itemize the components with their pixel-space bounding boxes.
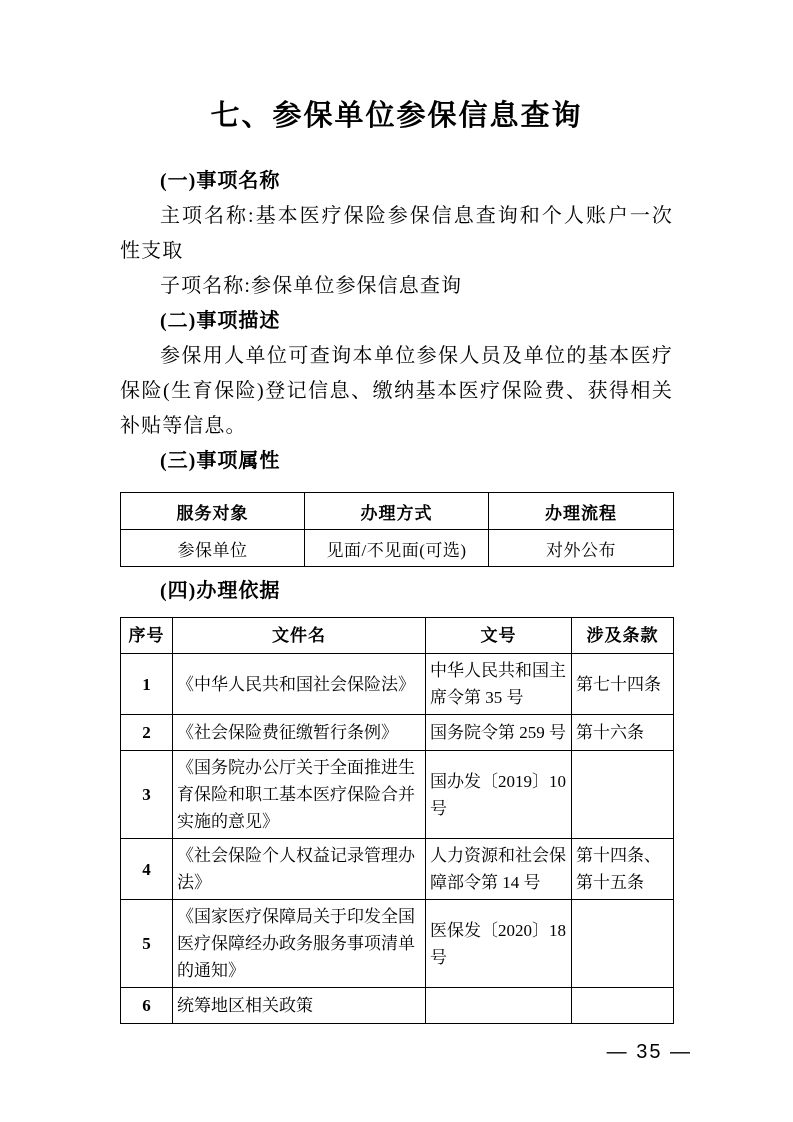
basis-cell-no: 6 bbox=[121, 988, 173, 1024]
attr-cell-handling-process: 对外公布 bbox=[489, 530, 674, 567]
basis-cell-doc-number: 国务院令第 259 号 bbox=[426, 715, 572, 751]
basis-cell-doc-name: 《国家医疗保障局关于印发全国医疗保障经办政务服务事项清单的通知》 bbox=[173, 900, 426, 988]
document-page: 七、参保单位参保信息查询 (一)事项名称 主项名称:基本医疗保险参保信息查询和个… bbox=[0, 0, 793, 1122]
table-header-row: 服务对象 办理方式 办理流程 bbox=[121, 493, 674, 530]
page-number: — 35 — bbox=[607, 1041, 692, 1064]
legal-basis-table: 序号 文件名 文号 涉及条款 1 《中华人民共和国社会保险法》 中华人民共和国主… bbox=[120, 617, 674, 1024]
basis-header-doc-number: 文号 bbox=[426, 618, 572, 654]
basis-cell-doc-number: 中华人民共和国主席令第 35 号 bbox=[426, 654, 572, 715]
basis-cell-doc-name: 统筹地区相关政策 bbox=[173, 988, 426, 1024]
basis-cell-no: 4 bbox=[121, 839, 173, 900]
basis-cell-clauses bbox=[572, 988, 674, 1024]
table-row: 4 《社会保险个人权益记录管理办法》 人力资源和社会保障部令第 14 号 第十四… bbox=[121, 839, 674, 900]
section-heading-item-attributes: (三)事项属性 bbox=[120, 444, 673, 479]
basis-cell-doc-number: 医保发〔2020〕18 号 bbox=[426, 900, 572, 988]
basis-cell-no: 3 bbox=[121, 751, 173, 839]
table-header-row: 序号 文件名 文号 涉及条款 bbox=[121, 618, 674, 654]
section-heading-item-description: (二)事项描述 bbox=[120, 304, 673, 339]
basis-cell-doc-number: 人力资源和社会保障部令第 14 号 bbox=[426, 839, 572, 900]
page-content: 七、参保单位参保信息查询 (一)事项名称 主项名称:基本医疗保险参保信息查询和个… bbox=[120, 97, 673, 1024]
basis-header-clauses: 涉及条款 bbox=[572, 618, 674, 654]
page-title: 七、参保单位参保信息查询 bbox=[120, 97, 673, 135]
section-heading-item-name: (一)事项名称 bbox=[120, 164, 673, 199]
basis-cell-no: 1 bbox=[121, 654, 173, 715]
basis-cell-doc-number bbox=[426, 988, 572, 1024]
basis-cell-doc-name: 《社会保险费征缴暂行条例》 bbox=[173, 715, 426, 751]
table-row: 2 《社会保险费征缴暂行条例》 国务院令第 259 号 第十六条 bbox=[121, 715, 674, 751]
basis-cell-clauses: 第十四条、第十五条 bbox=[572, 839, 674, 900]
table-row: 3 《国务院办公厅关于全面推进生育保险和职工基本医疗保险合并实施的意见》 国办发… bbox=[121, 751, 674, 839]
main-item-name-text: 主项名称:基本医疗保险参保信息查询和个人账户一次性支取 bbox=[120, 199, 673, 269]
attr-cell-handling-method: 见面/不见面(可选) bbox=[305, 530, 489, 567]
basis-cell-clauses: 第十六条 bbox=[572, 715, 674, 751]
basis-cell-no: 2 bbox=[121, 715, 173, 751]
attr-header-handling-process: 办理流程 bbox=[489, 493, 674, 530]
attribute-table: 服务对象 办理方式 办理流程 参保单位 见面/不见面(可选) 对外公布 bbox=[120, 492, 674, 567]
sub-item-name-text: 子项名称:参保单位参保信息查询 bbox=[120, 269, 673, 304]
basis-cell-clauses bbox=[572, 900, 674, 988]
basis-cell-doc-name: 《中华人民共和国社会保险法》 bbox=[173, 654, 426, 715]
table-row: 参保单位 见面/不见面(可选) 对外公布 bbox=[121, 530, 674, 567]
attr-cell-service-target: 参保单位 bbox=[121, 530, 305, 567]
basis-cell-doc-name: 《社会保险个人权益记录管理办法》 bbox=[173, 839, 426, 900]
section-heading-legal-basis: (四)办理依据 bbox=[120, 574, 673, 609]
basis-cell-doc-number: 国办发〔2019〕10 号 bbox=[426, 751, 572, 839]
basis-cell-clauses bbox=[572, 751, 674, 839]
basis-header-no: 序号 bbox=[121, 618, 173, 654]
table-row: 6 统筹地区相关政策 bbox=[121, 988, 674, 1024]
basis-cell-clauses: 第七十四条 bbox=[572, 654, 674, 715]
attr-header-service-target: 服务对象 bbox=[121, 493, 305, 530]
table-row: 1 《中华人民共和国社会保险法》 中华人民共和国主席令第 35 号 第七十四条 bbox=[121, 654, 674, 715]
basis-cell-doc-name: 《国务院办公厅关于全面推进生育保险和职工基本医疗保险合并实施的意见》 bbox=[173, 751, 426, 839]
basis-cell-no: 5 bbox=[121, 900, 173, 988]
attr-header-handling-method: 办理方式 bbox=[305, 493, 489, 530]
table-row: 5 《国家医疗保障局关于印发全国医疗保障经办政务服务事项清单的通知》 医保发〔2… bbox=[121, 900, 674, 988]
basis-header-doc-name: 文件名 bbox=[173, 618, 426, 654]
item-description-text: 参保用人单位可查询本单位参保人员及单位的基本医疗保险(生育保险)登记信息、缴纳基… bbox=[120, 339, 673, 444]
